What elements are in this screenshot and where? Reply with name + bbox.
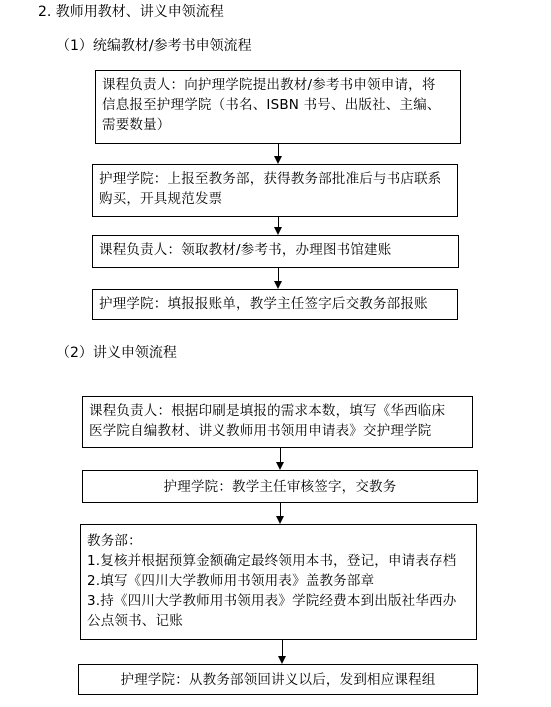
step-text: 1.复核并根据预算金额确定最终领用本书，登记，申请表存档 bbox=[87, 551, 470, 571]
flow-step-course-lead-apply: 课程负责人：向护理学院提出教材/参考书申领申请，将 信息报至护理学院（书名、IS… bbox=[95, 70, 461, 144]
page-title: 2. 教师用教材、讲义申领流程 bbox=[38, 3, 224, 21]
step-text: 课程负责人：领取教材/参考书，办理图书馆建账 bbox=[99, 240, 452, 260]
flow-step-nursing-report: 护理学院：上报至教务部，获得教务部批准后与书店联系 购买，开具规范发票 bbox=[92, 164, 458, 217]
arrow-down-icon bbox=[274, 144, 283, 164]
flow-step-nursing-approve: 护理学院：教学主任审核签字，交教务 bbox=[82, 470, 478, 503]
arrow-down-icon bbox=[274, 268, 283, 289]
arrow-down-icon bbox=[276, 448, 285, 470]
flow-step-course-lead-collect: 课程负责人：领取教材/参考书，办理图书馆建账 bbox=[92, 235, 459, 268]
step-text: 2.填写《四川大学教师用书领用表》盖教务部章 bbox=[87, 571, 470, 591]
step-text: 护理学院：教学主任审核签字，交教务 bbox=[164, 477, 397, 497]
step-text: 课程负责人：向护理学院提出教材/参考书申领申请，将 bbox=[102, 75, 454, 95]
step-text: 购买，开具规范发票 bbox=[99, 189, 451, 209]
flow-step-nursing-distribute: 护理学院：从教务部领回讲义以后，发到相应课程组 bbox=[78, 664, 478, 695]
step-text: 需要数量） bbox=[102, 115, 454, 135]
step-text: 公点领书、记账 bbox=[87, 611, 470, 631]
flow-step-course-lead-request: 课程负责人：根据印刷是填报的需求本数，填写《华西临床 医学院自编教材、讲义教师用… bbox=[82, 396, 473, 448]
step-text: 3.持《四川大学教师用书领用表》学院经费本到出版社华西办 bbox=[87, 591, 470, 611]
step-text: 护理学院：上报至教务部，获得教务部批准后与书店联系 bbox=[99, 169, 451, 189]
arrow-down-icon bbox=[276, 503, 285, 524]
step-text: 信息报至护理学院（书名、ISBN 书号、出版社、主编、 bbox=[102, 95, 454, 115]
step-text: 医学院自编教材、讲义教师用书领用申请表》交护理学院 bbox=[89, 421, 466, 441]
step-text: 护理学院：从教务部领回讲义以后，发到相应课程组 bbox=[120, 670, 435, 690]
flow-step-academic-affairs: 教务部： 1.复核并根据预算金额确定最终领用本书，登记，申请表存档 2.填写《四… bbox=[80, 524, 477, 640]
arrow-down-icon bbox=[278, 640, 287, 664]
flow-step-nursing-reimburse: 护理学院：填报报账单，教学主任签字后交教务部报账 bbox=[92, 289, 458, 320]
arrow-down-icon bbox=[274, 217, 283, 235]
step-text: 课程负责人：根据印刷是填报的需求本数，填写《华西临床 bbox=[89, 401, 466, 421]
section2-heading: （2）讲义申领流程 bbox=[56, 344, 177, 362]
section1-heading: （1）统编教材/参考书申领流程 bbox=[56, 37, 252, 55]
step-text: 护理学院：填报报账单，教学主任签字后交教务部报账 bbox=[99, 294, 451, 314]
step-text: 教务部： bbox=[87, 531, 470, 551]
